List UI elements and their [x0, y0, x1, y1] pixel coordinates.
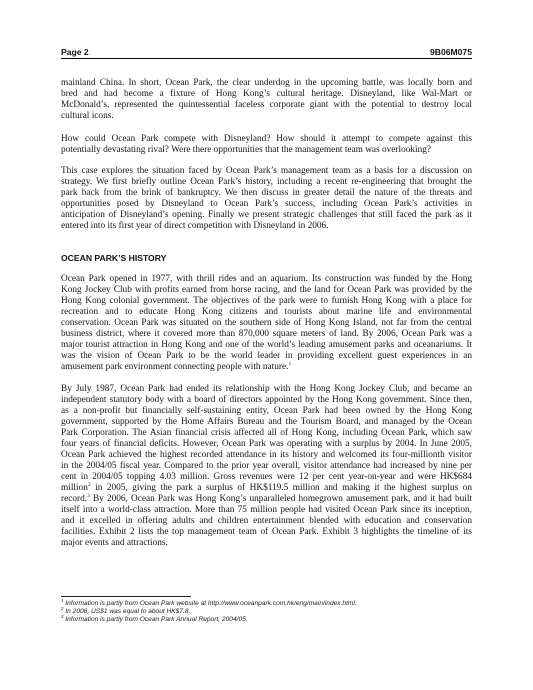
paragraph-history-1: Ocean Park opened in 1977, with thrill r… — [61, 274, 472, 373]
text-line: cent in 2004/05 topping 4.03 million. Gr… — [61, 472, 472, 483]
section-heading: OCEAN PARK’S HISTORY — [61, 253, 166, 263]
footnote-text: Information is partly from Ocean Park An… — [64, 616, 248, 623]
text-line: By July 1987, Ocean Park had ended its r… — [61, 384, 472, 395]
footnote-ref: 1 — [288, 361, 291, 367]
text-line: Kong Jockey Club with profits earned fro… — [61, 285, 472, 296]
text-line: strategy. We first briefly outline Ocean… — [61, 177, 472, 188]
text-line: and it excelled in offering adults and c… — [61, 516, 472, 527]
text-line: bred and had become a fixture of Hong Ko… — [61, 89, 472, 100]
paragraph-intro-continued: mainland China. In short, Ocean Park, th… — [61, 78, 472, 122]
footnote-3: 3 Information is partly from Ocean Park … — [61, 616, 472, 624]
text-line: potentially devastating rival? Were ther… — [61, 145, 472, 156]
text-line: recreation and to educate Hong Kong citi… — [61, 307, 472, 318]
footnote-text: Information is partly from Ocean Park we… — [64, 600, 357, 607]
text-line: government, supported by the Home Affair… — [61, 417, 472, 428]
text-line: entered into its first year of direct co… — [61, 221, 472, 232]
text-line: four years of financial deficits. Howeve… — [61, 439, 472, 450]
text-line: park back from the brink of bankruptcy. … — [61, 188, 472, 199]
footnote-text: In 2006, US$1 was equal to about HK$7.8. — [64, 608, 191, 615]
text-line: facilities. Exhibit 2 lists the top mana… — [61, 527, 472, 538]
page-number: Page 2 — [61, 47, 89, 57]
text-line: Ocean Park opened in 1977, with thrill r… — [61, 274, 472, 285]
text-fragment: record. — [61, 494, 87, 504]
text-line: Hong Kong colonial government. The objec… — [61, 296, 472, 307]
text-line: major events and attractions. — [61, 538, 472, 549]
text-line: itself into a world-class attraction. Mo… — [61, 505, 472, 516]
text-line: McDonald’s, represented the quintessenti… — [61, 100, 472, 111]
footnote-2: 2 In 2006, US$1 was equal to about HK$7.… — [61, 608, 472, 616]
text-line: This case explores the situation faced b… — [61, 166, 472, 177]
text-line: in the 2004/05 fiscal year. Compared to … — [61, 461, 472, 472]
text-line: million2 in 2005, giving the park a surp… — [61, 483, 472, 494]
text-line: anticipation of Disneyland’s opening. Fi… — [61, 210, 472, 221]
paragraph-case-overview: This case explores the situation faced b… — [61, 166, 472, 232]
text-line: Park Corporation. The Asian financial cr… — [61, 428, 472, 439]
document-code: 9B06M075 — [430, 47, 472, 57]
text-line: opportunities posed by Disneyland to Oce… — [61, 199, 472, 210]
text-line: Ocean Park achieved the highest recorded… — [61, 450, 472, 461]
text-line: How could Ocean Park compete with Disney… — [61, 134, 472, 145]
text-line: major tourist attraction in Hong Kong an… — [61, 340, 472, 351]
paragraph-questions: How could Ocean Park compete with Disney… — [61, 134, 472, 156]
text-line: record.3 By 2006, Ocean Park was Hong Ko… — [61, 494, 472, 505]
text-fragment: million — [61, 483, 88, 493]
text-line: as a non-profit but financially self-sus… — [61, 406, 472, 417]
text-fragment: in 2005, giving the park a surplus of HK… — [91, 483, 472, 493]
footnote-rule — [61, 596, 191, 597]
paragraph-history-2: By July 1987, Ocean Park had ended its r… — [61, 384, 472, 549]
text-line: cultural icons. — [61, 111, 472, 122]
text-fragment: By 2006, Ocean Park was Hong Kong’s unpa… — [90, 494, 472, 504]
text-line: independent statutory body with a board … — [61, 395, 472, 406]
footnote-1: 1 Information is partly from Ocean Park … — [61, 600, 472, 608]
text-line: business district, where it covered more… — [61, 329, 472, 340]
text-line: amusement park environment connecting pe… — [61, 362, 472, 373]
header-rule — [61, 58, 472, 59]
text-line: conservation. Ocean Park was situated on… — [61, 318, 472, 329]
text-line-content: amusement park environment connecting pe… — [61, 362, 288, 372]
text-line: was the vision of Ocean Park to be the w… — [61, 351, 472, 362]
text-line: mainland China. In short, Ocean Park, th… — [61, 78, 472, 89]
footnotes: 1 Information is partly from Ocean Park … — [61, 600, 472, 624]
